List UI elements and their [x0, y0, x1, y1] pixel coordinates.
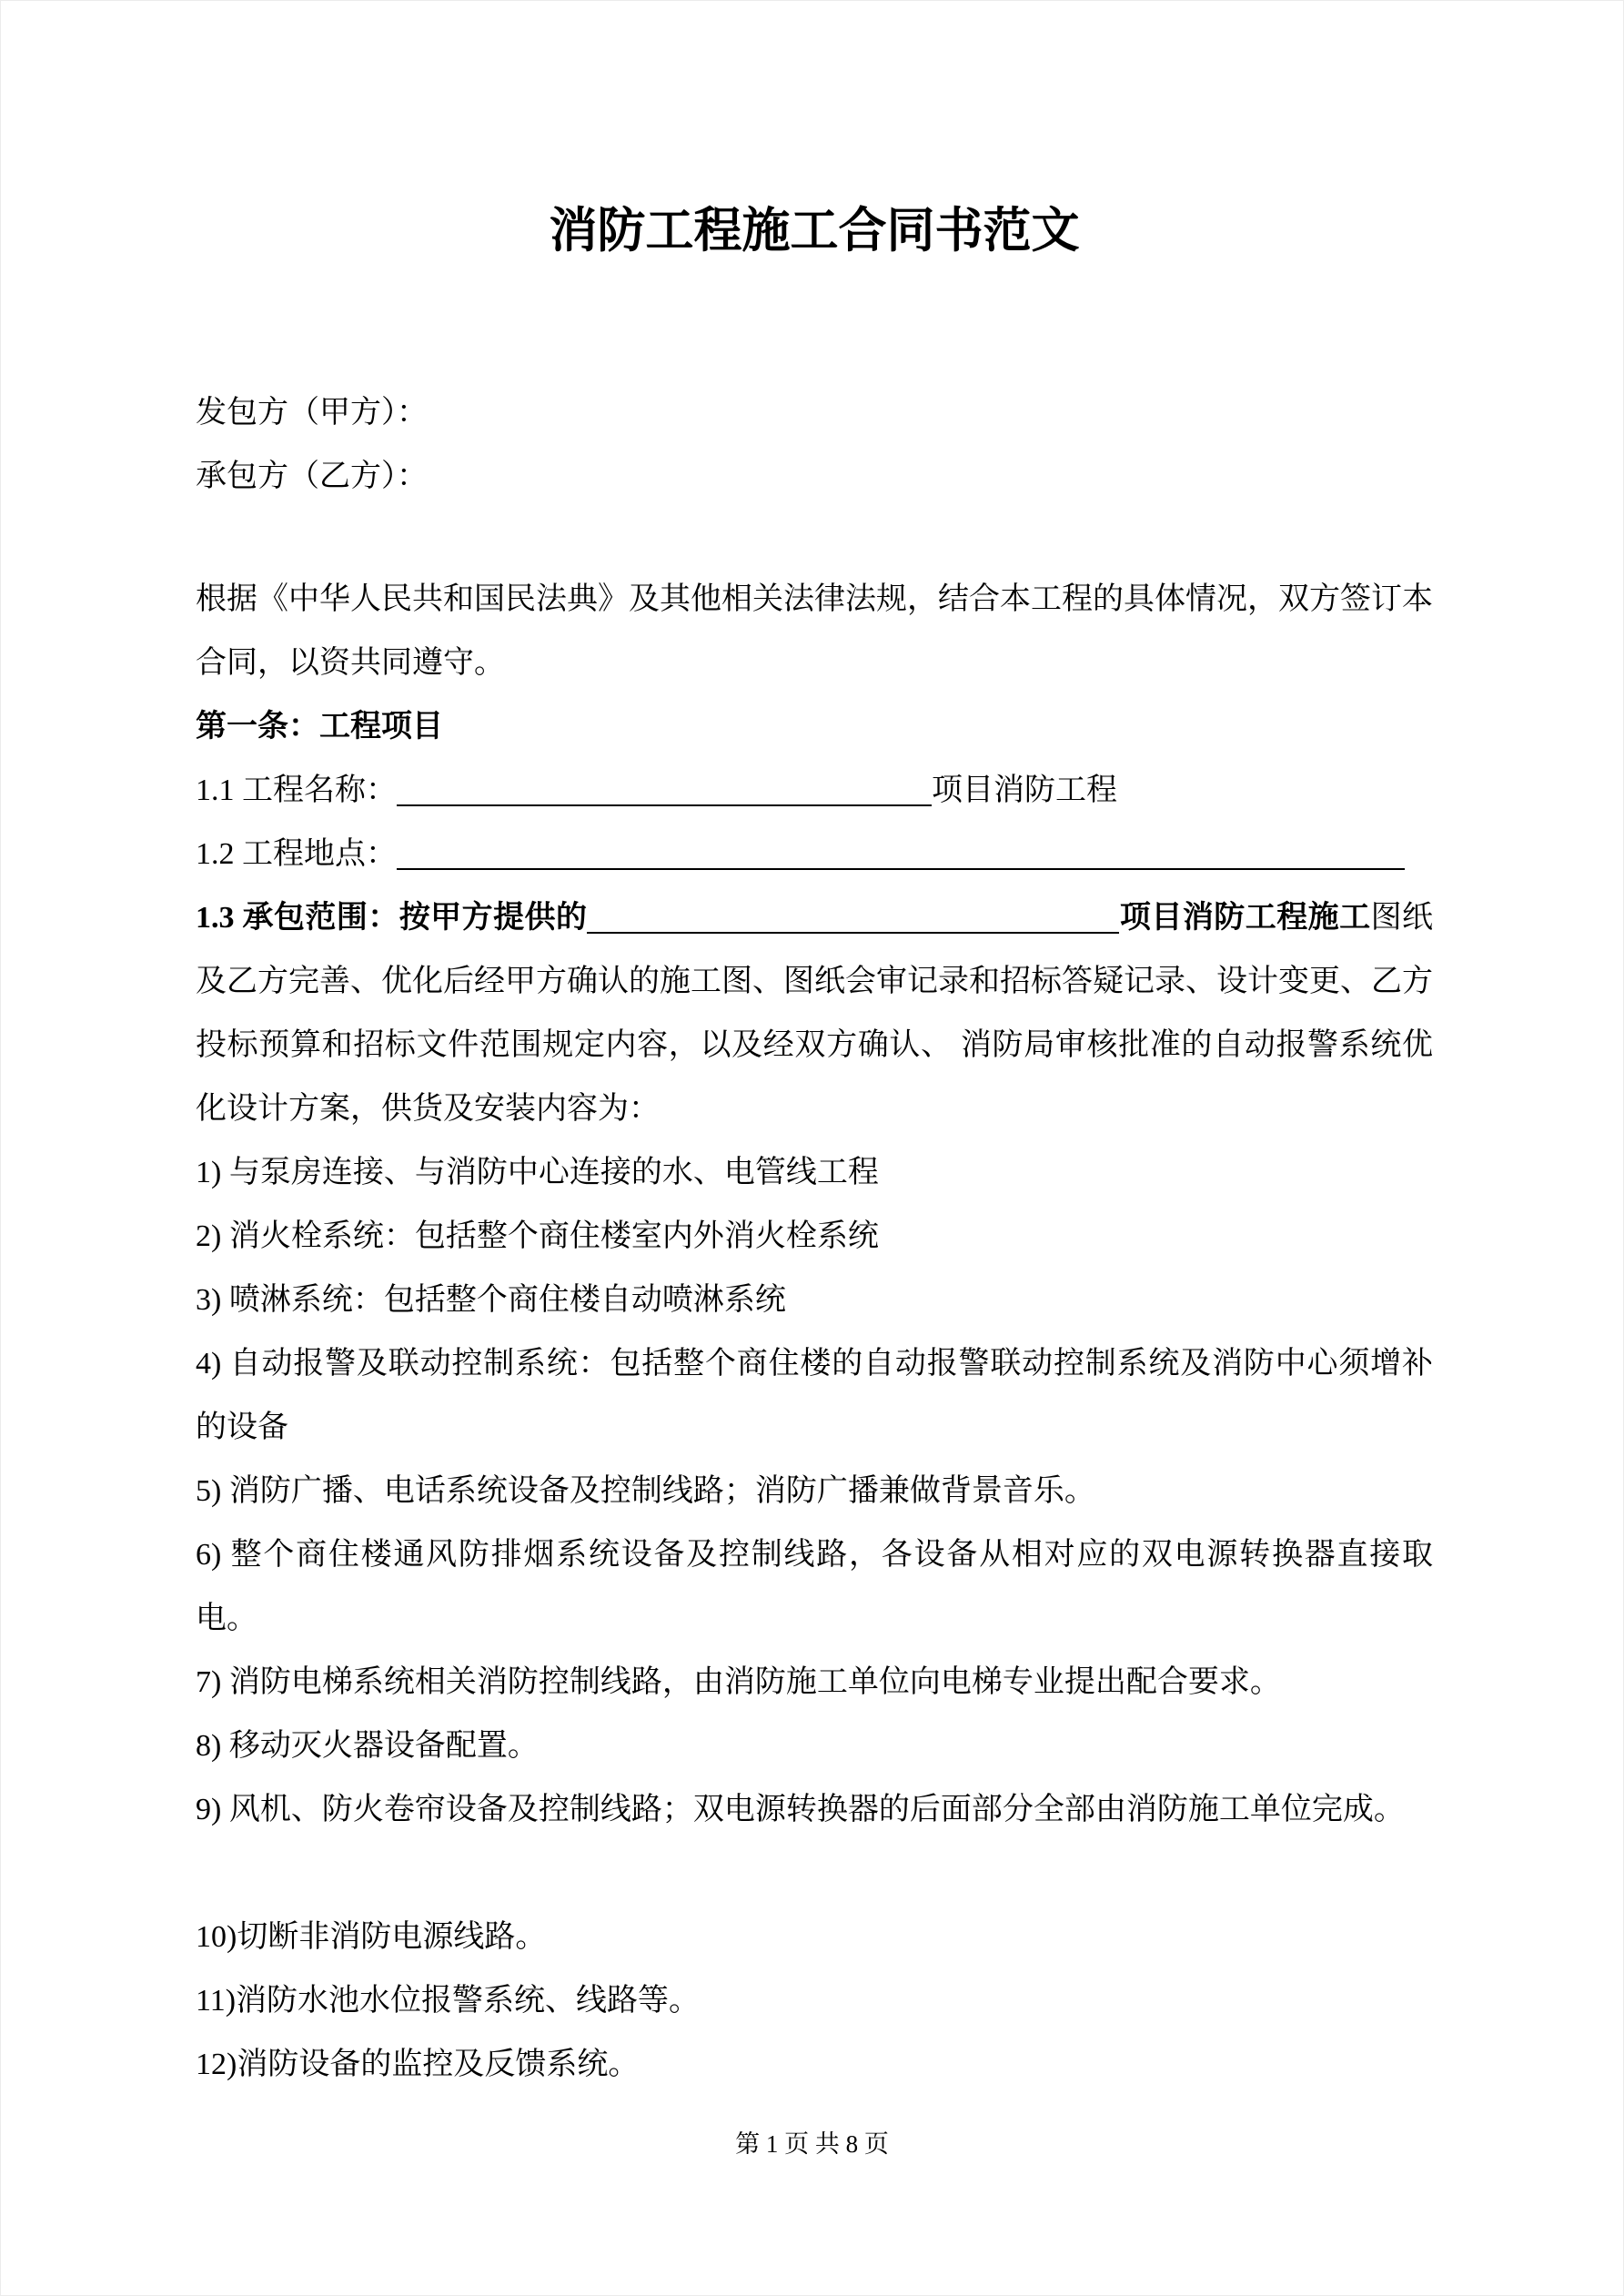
scope-item-5: 5) 消防广播、电话系统设备及控制线路；消防广播兼做背景音乐。 [196, 1460, 1433, 1523]
scope-item-6: 6) 整个商住楼通风防排烟系统设备及控制线路，各设备从相对应的双电源转换器直接取… [196, 1523, 1433, 1651]
scope-item-10: 10)切断非消防电源线路。 [196, 1906, 1433, 1969]
page-number-footer: 第 1 页 共 8 页 [0, 2126, 1624, 2162]
intro-paragraph: 根据《中华人民共和国民法典》及其他相关法律法规，结合本工程的具体情况，双方签订本… [196, 568, 1433, 695]
scope-item-4: 4) 自动报警及联动控制系统：包括整个商住楼的自动报警联动控制系统及消防中心须增… [196, 1332, 1433, 1460]
scope-item-3: 3) 喷淋系统：包括整个商住楼自动喷淋系统 [196, 1269, 1433, 1332]
scope-item-1: 1) 与泵房连接、与消防中心连接的水、电管线工程 [196, 1141, 1433, 1205]
scope-item-7: 7) 消防电梯系统相关消防控制线路，由消防施工单位向电梯专业提出配合要求。 [196, 1651, 1433, 1714]
clause-1-3-lead: 1.3 承包范围：按甲方提供的 [196, 901, 587, 935]
blank-line-project-location [397, 832, 1405, 870]
document-title: 消防工程施工合同书范文 [196, 202, 1433, 260]
document-page: 消防工程施工合同书范文 发包方（甲方）： 承包方（乙方）： 根据《中华人民共和国… [0, 0, 1624, 2296]
article-1-heading: 第一条：工程项目 [196, 695, 1433, 759]
clause-1-3-body: 图纸及乙方完善、优化后经甲方确认的施工图、图纸会审记录和招标答疑记录、设计变更、… [196, 901, 1433, 1126]
scope-item-9: 9) 风机、防火卷帘设备及控制线路；双电源转换器的后面部分全部由消防施工单位完成… [196, 1778, 1433, 1842]
clause-1-2: 1.2 工程地点： [196, 823, 1433, 886]
clause-1-1: 1.1 工程名称：项目消防工程 [196, 759, 1433, 823]
party-a-line: 发包方（甲方）： [196, 381, 1433, 445]
blank-line-project-name [397, 768, 932, 806]
clause-1-2-label: 1.2 工程地点： [196, 837, 397, 871]
clause-1-1-label: 1.1 工程名称： [196, 774, 397, 807]
scope-item-11: 11)消防水池水位报警系统、线路等。 [196, 1969, 1433, 2033]
clause-1-1-suffix: 项目消防工程 [932, 774, 1117, 807]
scope-item-12: 12)消防设备的监控及反馈系统。 [196, 2033, 1433, 2097]
clause-1-3: 1.3 承包范围：按甲方提供的项目消防工程施工图纸及乙方完善、优化后经甲方确认的… [196, 886, 1433, 1141]
scope-item-8: 8) 移动灭火器设备配置。 [196, 1714, 1433, 1778]
party-b-line: 承包方（乙方）： [196, 445, 1433, 509]
scope-item-2: 2) 消火栓系统：包括整个商住楼室内外消火栓系统 [196, 1205, 1433, 1269]
clause-1-3-suffix: 项目消防工程施工 [1119, 901, 1370, 935]
blank-line-scope-project [587, 895, 1119, 934]
